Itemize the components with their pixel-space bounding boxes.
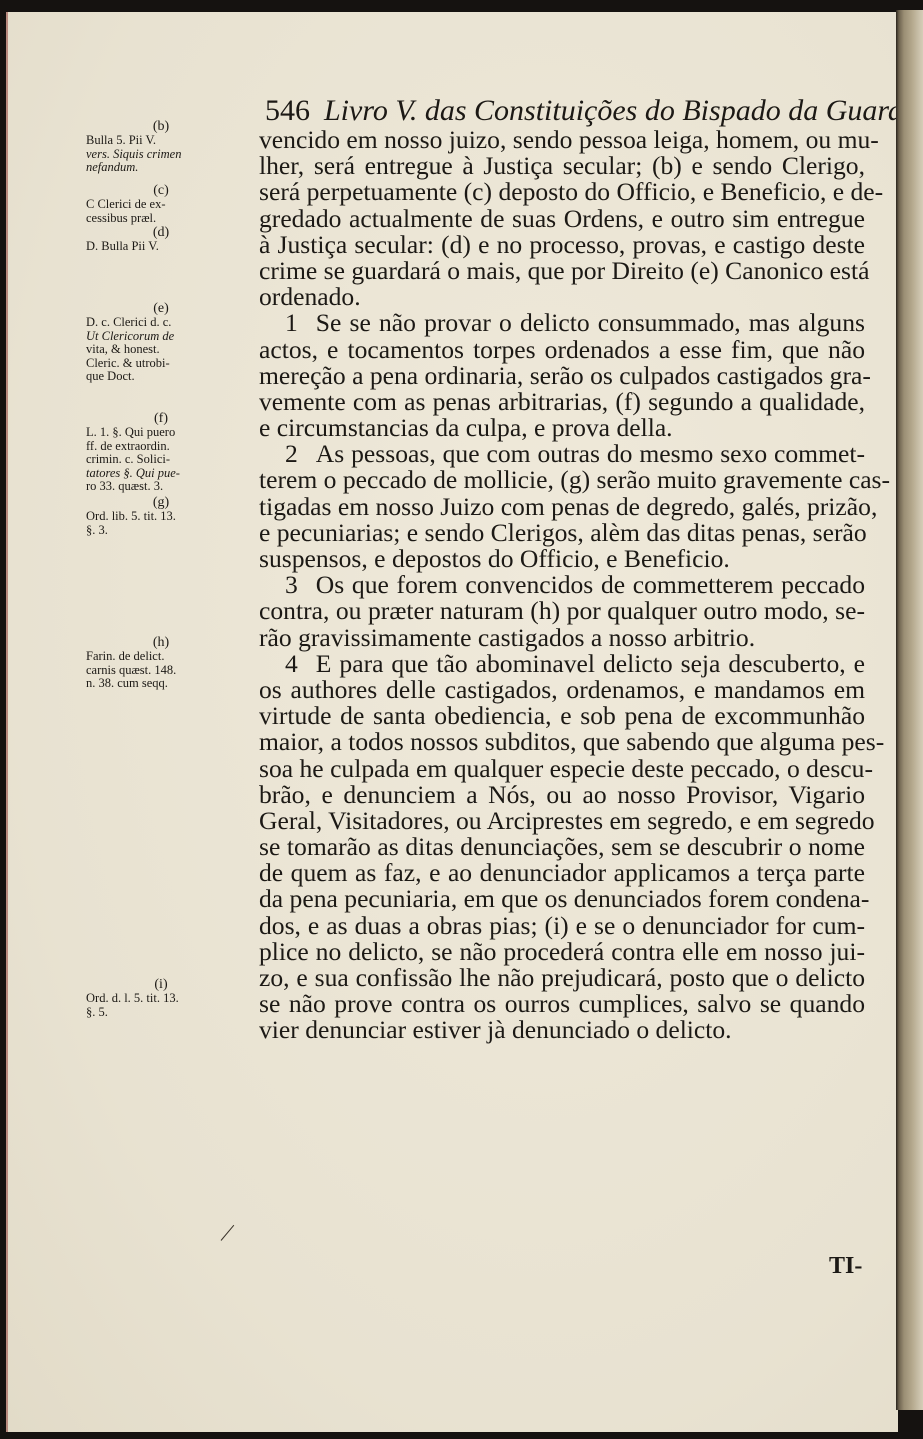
text-line: contra, ou præter naturam (h) por qualqu… (259, 598, 865, 624)
text-line: mereção a pena ordinaria, serão os culpa… (259, 363, 865, 389)
page-number: 546 (265, 94, 310, 127)
text-line: ordenado. (259, 284, 865, 310)
note-line: ff. de extraordin. (86, 440, 236, 454)
running-head: 546Livro V. das Constituições do Bispado… (265, 94, 865, 128)
text-line: Geral, Visitadores, ou Arciprestes em se… (259, 808, 865, 834)
note-line: vers. Siquis crimen (86, 148, 236, 162)
text-line: será perpetuamente (c) deposto do Offici… (259, 179, 865, 205)
note-line: Ord. lib. 5. tit. 13. (86, 510, 236, 524)
marginal-note-f: (f) L. 1. §. Qui puero ff. de extraordin… (86, 412, 236, 494)
paragraph-4: 4E para que tão abominavel delicto seja … (259, 651, 865, 1044)
text-line: da pena pecuniaria, em que os denunciado… (259, 886, 865, 912)
note-line: §. 5. (86, 1006, 236, 1020)
text-line: os authores delle castigados, ordenamos,… (259, 677, 865, 703)
text-line: se não prove contra os ourros cumplices,… (259, 991, 865, 1017)
note-line: nefandum. (86, 161, 236, 175)
text-line: maior, a todos nossos subditos, que sabe… (259, 729, 865, 755)
text-line: 1Se se não provar o delicto consummado, … (259, 310, 865, 336)
opening-paragraph: vencido em nosso juizo, sendo pessoa lei… (259, 127, 865, 310)
note-line: C Clerici de ex- (86, 198, 236, 212)
marginal-note-e: (e) D. c. Clerici d. c. Ut Clericorum de… (86, 302, 236, 384)
book-gutter (896, 10, 923, 1410)
note-line: Cleric. & utrobi- (86, 357, 236, 371)
marginal-note-d: (d) D. Bulla Pii V. (86, 226, 236, 254)
text-line: vier denunciar estiver jà denunciado o d… (259, 1017, 865, 1043)
running-head-title: Livro V. das Constituições do Bispado da… (324, 94, 923, 127)
note-mark: (b) (86, 120, 236, 134)
text-line: rão gravissimamente castigados a nosso a… (259, 625, 865, 651)
text-line: e circumstancias da culpa, e prova della… (259, 415, 865, 441)
note-line: cessibus præl. (86, 212, 236, 226)
text-line: de quem as faz, e ao denunciador applica… (259, 860, 865, 886)
text-line: 2As pessoas, que com outras do mesmo sex… (259, 441, 865, 467)
text-line: vemente com as penas arbitrarias, (f) se… (259, 389, 865, 415)
text-line: à Justiça secular: (d) e no processo, pr… (259, 232, 865, 258)
note-mark: (c) (86, 184, 236, 198)
text-line: suspensos, e depostos do Officio, e Bene… (259, 546, 865, 572)
text-line: gredado actualmente de suas Ordens, e ou… (259, 206, 865, 232)
main-text: vencido em nosso juizo, sendo pessoa lei… (259, 127, 865, 1044)
text-line: vencido em nosso juizo, sendo pessoa lei… (259, 127, 865, 153)
note-mark: (e) (86, 302, 236, 316)
note-line: que Doct. (86, 370, 236, 384)
text-line: virtude de santa obediencia, e sob pena … (259, 703, 865, 729)
text-line-content: E para que tão abominavel delicto seja d… (316, 649, 865, 678)
text-line: tigadas em nosso Juizo com penas de degr… (259, 494, 865, 520)
catchword: TI- (829, 1253, 862, 1280)
note-line: tatores §. Qui pue- (86, 467, 236, 481)
note-line: Bulla 5. Pii V. (86, 134, 236, 148)
text-line: terem o peccado de mollicie, (g) serão m… (259, 467, 865, 493)
note-line: carnis quæst. 148. (86, 664, 236, 678)
note-line: Ut Clericorum de (86, 330, 236, 344)
paragraph-number: 1 (285, 308, 298, 337)
text-line: crime se guardará o mais, que por Direit… (259, 258, 865, 284)
ink-stroke (221, 1225, 235, 1241)
marginal-note-g: (g) Ord. lib. 5. tit. 13. §. 3. (86, 496, 236, 537)
book-page: 546Livro V. das Constituições do Bispado… (6, 12, 898, 1432)
note-line: crimin. c. Solici- (86, 453, 236, 467)
paragraph-2: 2As pessoas, que com outras do mesmo sex… (259, 441, 865, 572)
text-line: 3Os que forem convencidos de commetterem… (259, 572, 865, 598)
note-line: §. 3. (86, 524, 236, 538)
paragraph-number: 4 (285, 649, 298, 678)
text-line: dos, e as duas a obras pias; (i) e se o … (259, 913, 865, 939)
note-mark: (d) (86, 226, 236, 240)
text-line: actos, e tocamentos torpes ordenados a e… (259, 337, 865, 363)
note-line: n. 38. cum seqq. (86, 677, 236, 691)
marginal-note-i: (i) Ord. d. l. 5. tit. 13. §. 5. (86, 978, 236, 1019)
marginal-note-h: (h) Farin. de delict. carnis quæst. 148.… (86, 636, 236, 691)
note-line: Ord. d. l. 5. tit. 13. (86, 992, 236, 1006)
note-mark: (f) (86, 412, 236, 426)
paragraph-1: 1Se se não provar o delicto consummado, … (259, 310, 865, 441)
note-mark: (g) (86, 496, 236, 510)
note-line: vita, & honest. (86, 343, 236, 357)
text-line: plice no delicto, se não procederá contr… (259, 939, 865, 965)
note-line: D. c. Clerici d. c. (86, 316, 236, 330)
marginal-note-c: (c) C Clerici de ex- cessibus præl. (86, 184, 236, 225)
paragraph-number: 2 (285, 439, 298, 468)
paragraph-3: 3Os que forem convencidos de commetterem… (259, 572, 865, 651)
text-line: se tomarão as ditas denunciações, sem se… (259, 834, 865, 860)
note-line: D. Bulla Pii V. (86, 240, 236, 254)
note-mark: (h) (86, 636, 236, 650)
text-line: lher, será entregue à Justiça secular; (… (259, 153, 865, 179)
text-line-content: Os que forem convencidos de commetterem … (316, 570, 865, 599)
text-line: 4E para que tão abominavel delicto seja … (259, 651, 865, 677)
note-line: Farin. de delict. (86, 650, 236, 664)
paragraph-number: 3 (285, 570, 298, 599)
text-line: brão, e denunciem a Nós, ou ao nosso Pro… (259, 782, 865, 808)
text-line-content: As pessoas, que com outras do mesmo sexo… (316, 439, 865, 468)
note-line: L. 1. §. Qui puero (86, 426, 236, 440)
marginal-note-b: (b) Bulla 5. Pii V. vers. Siquis crimen … (86, 120, 236, 175)
text-line-content: Se se não provar o delicto consummado, m… (316, 308, 865, 337)
text-line: soa he culpada em qualquer especie deste… (259, 756, 865, 782)
text-line: zo, e sua confissão lhe não prejudicará,… (259, 965, 865, 991)
note-line: ro 33. quæst. 3. (86, 480, 236, 494)
note-mark: (i) (86, 978, 236, 992)
text-line: e pecuniarias; e sendo Clerigos, alèm da… (259, 520, 865, 546)
